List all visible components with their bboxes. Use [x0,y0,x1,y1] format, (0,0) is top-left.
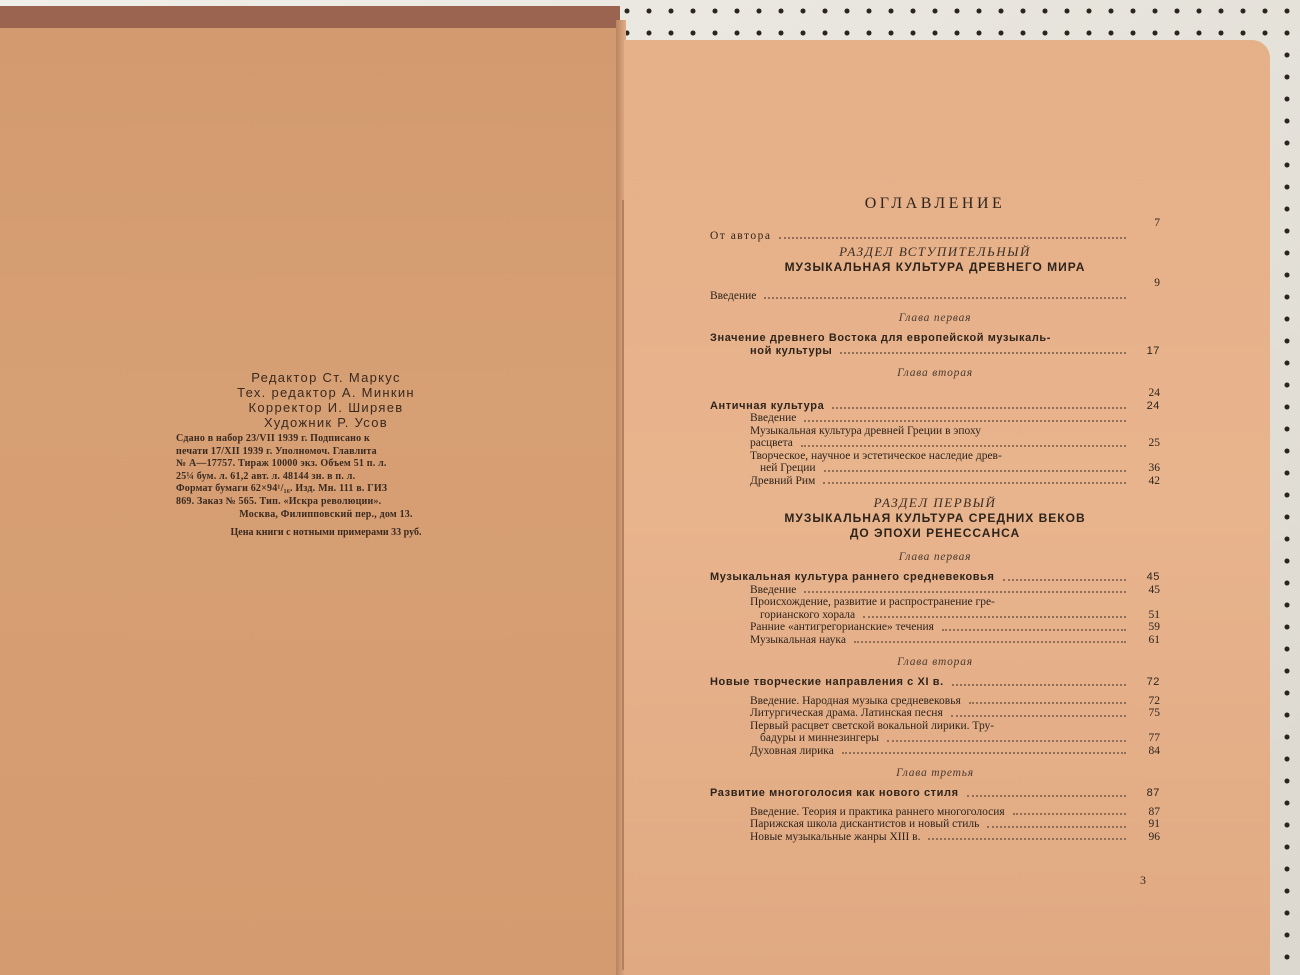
section-heading: ДО ЭПОХИ РЕНЕССАНСА [710,526,1160,541]
pubinfo-line: Формат бумаги 62×94¹/₁₆. Изд. Мн. 111 в.… [176,483,476,496]
page-number: 77 [1134,732,1160,745]
entry-title: От автора [710,230,771,243]
section-heading: МУЗЫКАЛЬНАЯ КУЛЬТУРА ДРЕВНЕГО МИРА [710,260,1160,275]
toc-entry-chapter: Развитие многоголосия как нового стиля 8… [710,787,1160,800]
entry-title: Древний Рим [710,475,815,488]
entry-title: Ранние «антигрегорианские» течения [710,621,934,634]
imprint-block: Редактор Ст. Маркус Тех. редактор А. Мин… [176,370,476,538]
page-number: 42 [1134,475,1160,488]
chapter-label: Глава вторая [710,656,1160,668]
pubinfo-line: печати 17/XII 1939 г. Уполномоч. Главлит… [176,446,476,459]
entry-title: Развитие многоголосия как нового стиля [710,787,959,800]
entry-title: ней Греции [710,462,816,475]
leader-dots [801,445,1126,447]
page-number: 72 [1134,676,1160,689]
entry-title: Значение древнего Востока для европейско… [710,332,1051,345]
toc-entry: Введение 45 [710,584,1160,597]
publication-info: Сдано в набор 23/VII 1939 г. Подписано к… [176,433,476,521]
leader-dots [952,684,1126,686]
chapter-label: Глава первая [710,551,1160,563]
entry-title: Введение [710,584,796,597]
leader-dots [987,826,1126,828]
entry-title: Первый расцвет светской вокальной лирики… [710,720,994,733]
entry-title: горианского хорала [710,609,855,622]
toc-entry-intro: Введение [710,290,1160,303]
page-number: 72 [1134,695,1160,708]
entry-title: Происхождение, развитие и распространени… [710,596,995,609]
toc-entry: Творческое, научное и эстетическое насле… [710,450,1160,463]
entry-title: Введение [710,290,756,303]
entry-title: Новые творческие направления с XI в. [710,676,944,689]
toc-entry: Духовная лирика 84 [710,745,1160,758]
page-number: 84 [1134,745,1160,758]
toc-entry: Новые музыкальные жанры XIII в. 96 [710,831,1160,844]
entry-title: Музыкальная наука [710,634,846,647]
page-number: 25 [1134,437,1160,450]
toc-row: 7 [710,217,1160,230]
page-number: 61 [1134,634,1160,647]
entry-title: Новые музыкальные жанры XIII в. [710,831,920,844]
pubinfo-line: 25¼ бум. л. 61,2 авт. л. 48144 зн. в п. … [176,471,476,484]
credit-proofreader: Корректор И. Ширяев [176,400,476,415]
toc-entry-chapter: Новые творческие направления с XI в. 72 [710,676,1160,689]
entry-title: Античная культура [710,400,824,413]
toc-entry-chapter-cont: ной культуры 17 [710,345,1160,358]
toc-entry-from-author: От автора [710,230,1160,243]
toc-entry-cont: ней Греции 36 [710,462,1160,475]
toc-entry: Происхождение, развитие и распространени… [710,596,1160,609]
page-number: 91 [1134,818,1160,831]
leader-dots [824,470,1126,472]
toc-title: ОГЛАВЛЕНИЕ [710,195,1160,213]
pubinfo-line: 869. Заказ № 565. Тип. «Искра революции»… [176,496,476,509]
pubinfo-line: Москва, Филипповский пер., дом 13. [176,509,476,522]
entry-title: Введение [710,412,796,425]
chapter-label: Глава первая [710,312,1160,324]
page-number: 24 [1134,387,1160,400]
page-number: 45 [1134,584,1160,597]
toc-entry-chapter: Музыкальная культура раннего средневеков… [710,571,1160,584]
book-price: Цена книги с нотными примерами 33 руб. [176,527,476,538]
entry-title: Литургическая драма. Латинская песня [710,707,943,720]
leader-dots [804,591,1126,593]
toc-row: 24 [710,387,1160,400]
toc-entry: Музыкальная наука 61 [710,634,1160,647]
leader-dots [863,616,1126,618]
page-number: 36 [1134,462,1160,475]
entry-title: Музыкальная культура раннего средневеков… [710,571,995,584]
toc-row: 9 [710,277,1160,290]
leader-dots [942,629,1126,631]
leader-dots [887,740,1126,742]
section-label: РАЗДЕЛ ПЕРВЫЙ [710,495,1160,511]
leader-dots [967,795,1126,797]
leader-dots [804,420,1126,422]
page-number: 59 [1134,621,1160,634]
entry-title: Творческое, научное и эстетическое насле… [710,450,1002,463]
toc-entry: Парижская школа дискантистов и новый сти… [710,818,1160,831]
page-number: 51 [1134,609,1160,622]
page-number: 9 [1134,277,1160,290]
credit-tech-editor: Тех. редактор А. Минкин [176,385,476,400]
leader-dots [779,237,1126,239]
leader-dots [854,641,1126,643]
entry-title: Введение. Народная музыка средневековья [710,695,961,708]
entry-title: Введение. Теория и практика раннего мног… [710,806,1005,819]
page-number: 87 [1134,806,1160,819]
leader-dots [842,752,1126,754]
page-number: 45 [1134,571,1160,584]
pubinfo-line: Сдано в набор 23/VII 1939 г. Подписано к [176,433,476,446]
page-number-footer: 3 [1140,873,1146,888]
toc-entry: Первый расцвет светской вокальной лирики… [710,720,1160,733]
toc-entry: Введение [710,412,1160,425]
toc-entry-chapter: Античная культура 24 [710,400,1160,413]
page-number: 7 [1134,217,1160,230]
leader-dots [1013,813,1126,815]
page-number: 87 [1134,787,1160,800]
entry-title: Духовная лирика [710,745,834,758]
page-number: 24 [1134,400,1160,413]
entry-title: расцвета [710,437,793,450]
credit-artist: Художник Р. Усов [176,415,476,430]
toc-entry-chapter: Значение древнего Востока для европейско… [710,332,1160,345]
section-label: РАЗДЕЛ ВСТУПИТЕЛЬНЫЙ [710,244,1160,260]
toc-entry-cont: горианского хорала 51 [710,609,1160,622]
leader-dots [840,352,1126,354]
entry-title: ной культуры [710,345,832,358]
toc-entry: Ранние «антигрегорианские» течения 59 [710,621,1160,634]
credit-editor: Редактор Ст. Маркус [176,370,476,385]
toc-entry-cont: бадуры и миннезингеры 77 [710,732,1160,745]
chapter-label: Глава третья [710,767,1160,779]
chapter-label: Глава вторая [710,367,1160,379]
toc-entry: Древний Рим 42 [710,475,1160,488]
toc-entry: Музыкальная культура древней Греции в эп… [710,425,1160,438]
book-cover-edge [0,6,620,28]
toc-entry-cont: расцвета 25 [710,437,1160,450]
page-number: 75 [1134,707,1160,720]
toc-entry: Введение. Народная музыка средневековья … [710,695,1160,708]
leader-dots [1003,579,1126,581]
leader-dots [823,482,1126,484]
toc-entry: Литургическая драма. Латинская песня 75 [710,707,1160,720]
pubinfo-line: № А—17757. Тираж 10000 экз. Объем 51 п. … [176,458,476,471]
toc-entry: Введение. Теория и практика раннего мног… [710,806,1160,819]
entry-title: Парижская школа дискантистов и новый сти… [710,818,979,831]
section-heading: МУЗЫКАЛЬНАЯ КУЛЬТУРА СРЕДНИХ ВЕКОВ [710,511,1160,526]
page-number: 17 [1134,345,1160,358]
credits: Редактор Ст. Маркус Тех. редактор А. Мин… [176,370,476,430]
entry-title: Музыкальная культура древней Греции в эп… [710,425,981,438]
leader-dots [928,838,1126,840]
leader-dots [969,702,1126,704]
leader-dots [832,407,1126,409]
page-number: 96 [1134,831,1160,844]
entry-title: бадуры и миннезингеры [710,732,879,745]
leader-dots [951,715,1126,717]
table-of-contents: ОГЛАВЛЕНИЕ 7 От автора РАЗДЕЛ ВСТУПИТЕЛЬ… [710,195,1160,843]
page-crease [622,200,624,970]
leader-dots [764,297,1126,299]
